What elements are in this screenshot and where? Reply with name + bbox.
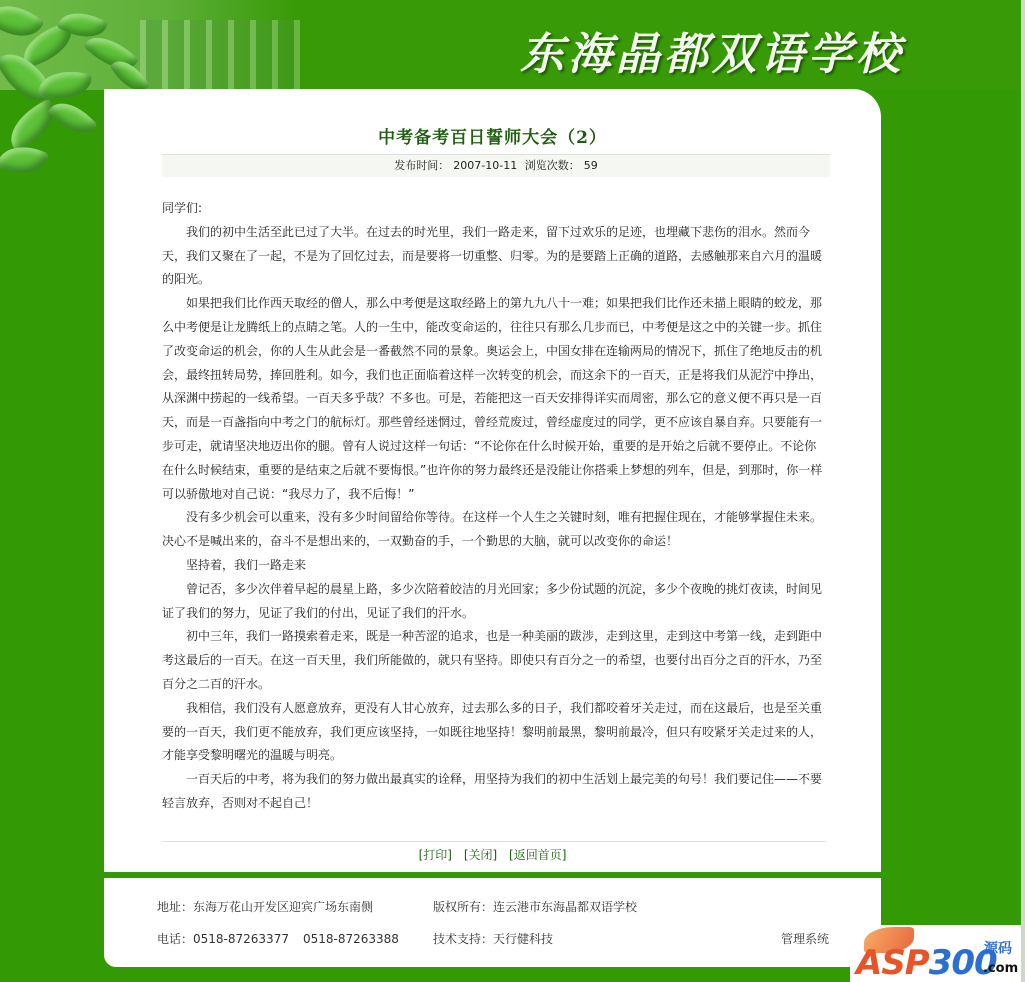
views-count: 59 [584, 159, 598, 172]
phone-number-2: 0518-87263388 [303, 932, 399, 946]
article-paragraph: 曾记否，多少次伴着早起的晨星上路，多少次陪着皎洁的月光回家；多少份试题的沉淀，多… [162, 578, 826, 626]
footer-tech-support: 技术支持：天行健科技 [433, 930, 553, 947]
header-banner: 东海晶都双语学校 [0, 0, 1025, 90]
watermark-brand: ASP300 [856, 945, 997, 981]
close-link[interactable]: [关闭] [464, 848, 497, 862]
watermark-com: .com [983, 961, 1018, 976]
footer-phone: 电话：0518-872633770518-87263388 [157, 930, 399, 947]
article-paragraph: 我们的初中生活至此已过了大半。在过去的时光里，我们一路走来，留下过欢乐的足迹，也… [162, 221, 826, 292]
footer-copyright: 版权所有：连云港市东海晶都双语学校 [433, 898, 637, 915]
publish-label: 发布时间： [394, 159, 449, 172]
article-panel: 中考备考百日誓师大会（2） 发布时间：2007-10-11 浏览次数：59 同学… [104, 89, 881, 872]
article-paragraph: 坚持着，我们一路走来 [162, 554, 826, 578]
print-link[interactable]: [打印] [419, 848, 452, 862]
admin-system-link[interactable]: 管理系统 [781, 930, 829, 947]
campus-building-image [140, 20, 300, 90]
views-label: 浏览次数： [525, 159, 580, 172]
footer: 地址：东海万花山开发区迎宾广场东南侧 版权所有：连云港市东海晶都双语学校 电话：… [104, 878, 881, 967]
actions-divider [162, 841, 826, 842]
article-title: 中考备考百日誓师大会（2） [104, 123, 881, 148]
article-actions: [打印] [关闭] [返回首页] [104, 846, 881, 863]
article-meta: 发布时间：2007-10-11 浏览次数：59 [162, 154, 830, 177]
window-edge-scrollbar[interactable] [1021, 0, 1025, 982]
school-name-logo: 东海晶都双语学校 [520, 18, 904, 82]
article-paragraph: 没有多少机会可以重来，没有多少时间留给你等待。在这样一个人生之关键时刻，唯有把握… [162, 506, 826, 554]
article-greeting: 同学们: [162, 197, 826, 221]
article-body: 同学们: 我们的初中生活至此已过了大半。在过去的时光里，我们一路走来，留下过欢乐… [162, 197, 826, 816]
article-paragraph: 初中三年，我们一路摸索着走来，既是一种苦涩的追求，也是一种美丽的跋涉，走到这里，… [162, 625, 826, 696]
publish-date: 2007-10-11 [453, 159, 517, 172]
watermark-cn: 源码 [984, 941, 1012, 957]
page: 东海晶都双语学校 中考备考百日誓师大会（2） 发布时间：2007-10-11 浏… [0, 0, 1025, 982]
home-link[interactable]: [返回首页] [509, 848, 566, 862]
footer-address: 地址：东海万花山开发区迎宾广场东南侧 [157, 898, 373, 915]
article-paragraph: 一百天后的中考，将为我们的努力做出最真实的诠释，用坚持为我们的初中生活划上最完美… [162, 768, 826, 816]
asp300-watermark-logo: ASP300 源码 .com [850, 925, 1022, 982]
phone-label: 电话： [157, 932, 193, 946]
phone-number-1: 0518-87263377 [193, 932, 289, 946]
article-paragraph: 如果把我们比作西天取经的僧人，那么中考便是这取经路上的第九九八十一难；如果把我们… [162, 292, 826, 506]
article-paragraph: 我相信，我们没有人愿意放弃，更没有人甘心放弃，过去那么多的日子，我们都咬着牙关走… [162, 697, 826, 768]
